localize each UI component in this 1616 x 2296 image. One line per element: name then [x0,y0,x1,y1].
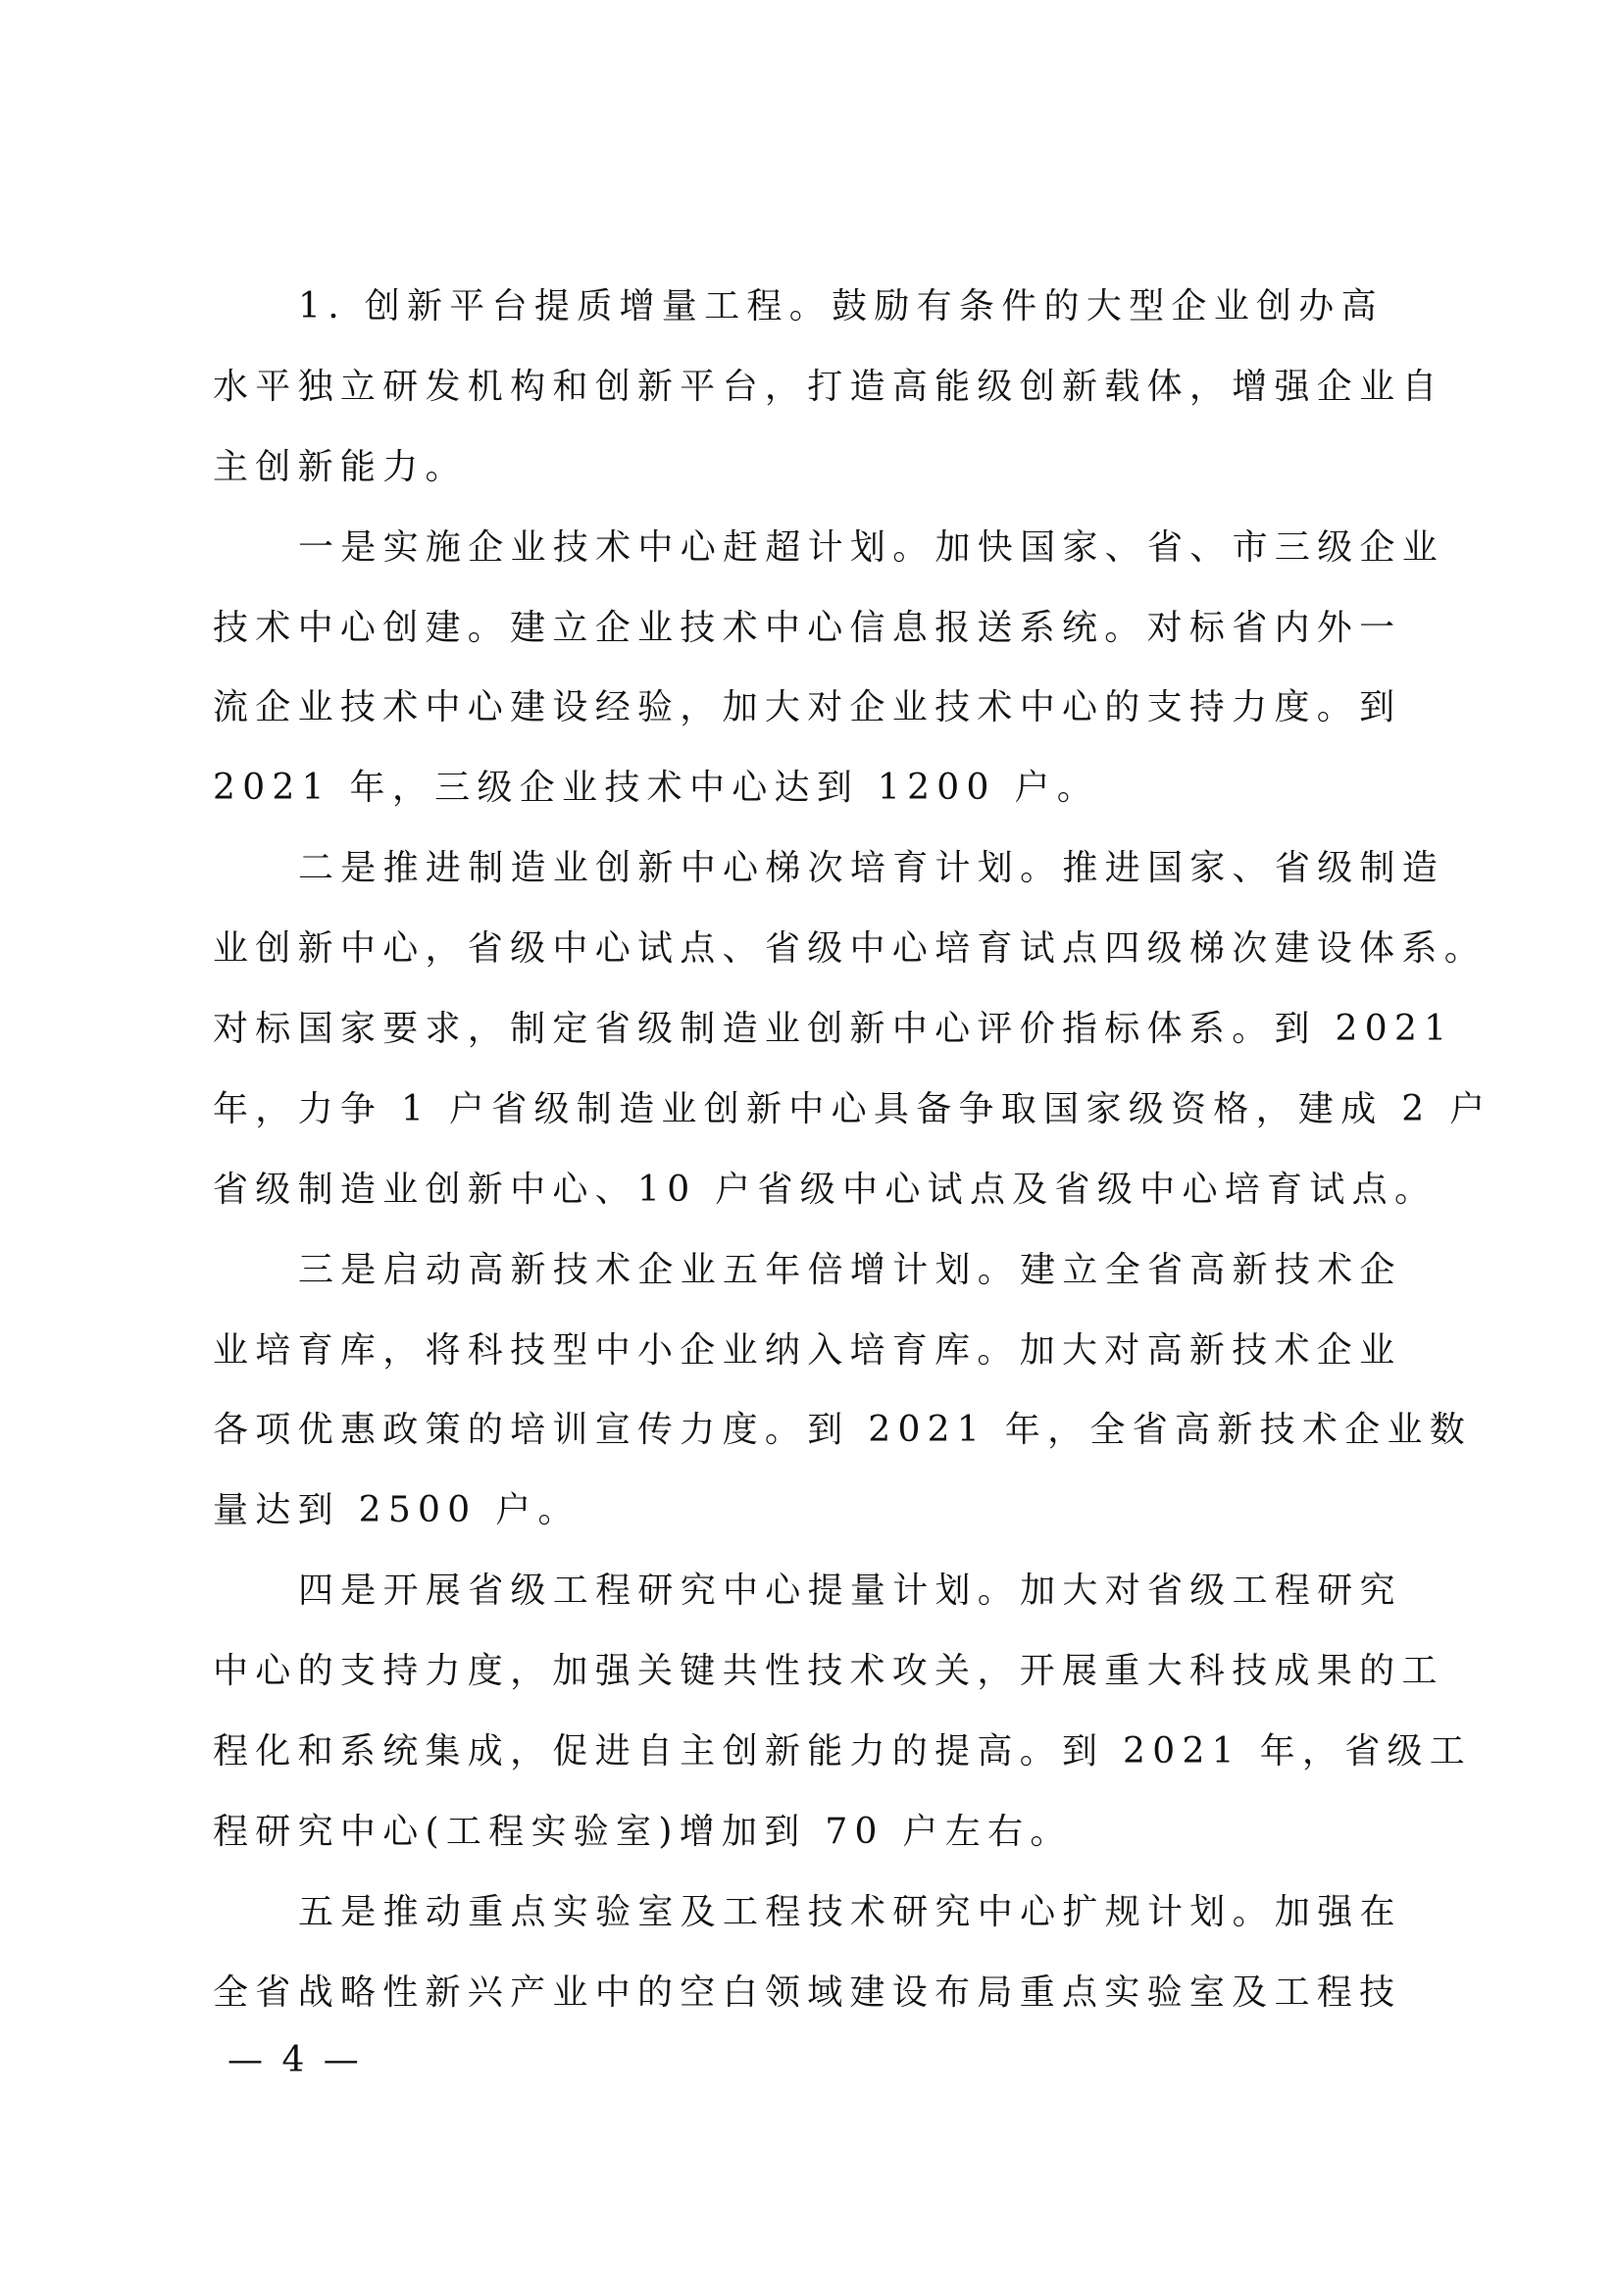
paragraph-line: 程研究中心(工程实验室)增加到 70 户左右。 [213,1792,1409,1872]
paragraph-line: 对标国家要求，制定省级制造业创新中心评价指标体系。到 2021 [213,989,1409,1070]
paragraph-line: 各项优惠政策的培训宣传力度。到 2021 年，全省高新技术企业数 [213,1390,1409,1471]
paragraph-line: 量达到 2500 户。 [213,1471,1409,1551]
paragraph-line: 二是推进制造业创新中心梯次培育计划。推进国家、省级制造 [213,828,1409,909]
paragraph-line: 五是推动重点实验室及工程技术研究中心扩规计划。加强在 [213,1872,1409,1953]
paragraph-line: 流企业技术中心建设经验，加大对企业技术中心的支持力度。到 [213,668,1409,748]
paragraph-line: 中心的支持力度，加强关键共性技术攻关，开展重大科技成果的工 [213,1631,1409,1712]
page-number: — 4 — [227,2037,363,2084]
paragraph-line: 年，力争 1 户省级制造业创新中心具备争取国家级资格，建成 2 户 [213,1070,1409,1150]
paragraph-line: 主创新能力。 [213,427,1409,508]
paragraph-line: 2021 年，三级企业技术中心达到 1200 户。 [213,748,1409,828]
paragraph-line: 三是启动高新技术企业五年倍增计划。建立全省高新技术企 [213,1230,1409,1311]
paragraph-line: 业培育库，将科技型中小企业纳入培育库。加大对高新技术企业 [213,1311,1409,1391]
paragraph-line: 省级制造业创新中心、10 户省级中心试点及省级中心培育试点。 [213,1150,1409,1230]
paragraph-line: 1. 创新平台提质增量工程。鼓励有条件的大型企业创办高 [213,267,1409,347]
paragraph-line: 全省战略性新兴产业中的空白领域建设布局重点实验室及工程技 [213,1953,1409,2033]
paragraph-line: 程化和系统集成，促进自主创新能力的提高。到 2021 年，省级工 [213,1712,1409,1792]
document-page: 1. 创新平台提质增量工程。鼓励有条件的大型企业创办高 水平独立研发机构和创新平… [0,0,1616,2296]
paragraph-line: 水平独立研发机构和创新平台，打造高能级创新载体，增强企业自 [213,347,1409,427]
paragraph-line: 四是开展省级工程研究中心提量计划。加大对省级工程研究 [213,1551,1409,1631]
paragraph-line: 技术中心创建。建立企业技术中心信息报送系统。对标省内外一 [213,588,1409,669]
body-text: 1. 创新平台提质增量工程。鼓励有条件的大型企业创办高 水平独立研发机构和创新平… [213,267,1409,2033]
paragraph-line: 一是实施企业技术中心赶超计划。加快国家、省、市三级企业 [213,508,1409,588]
paragraph-line: 业创新中心，省级中心试点、省级中心培育试点四级梯次建设体系。 [213,909,1409,989]
